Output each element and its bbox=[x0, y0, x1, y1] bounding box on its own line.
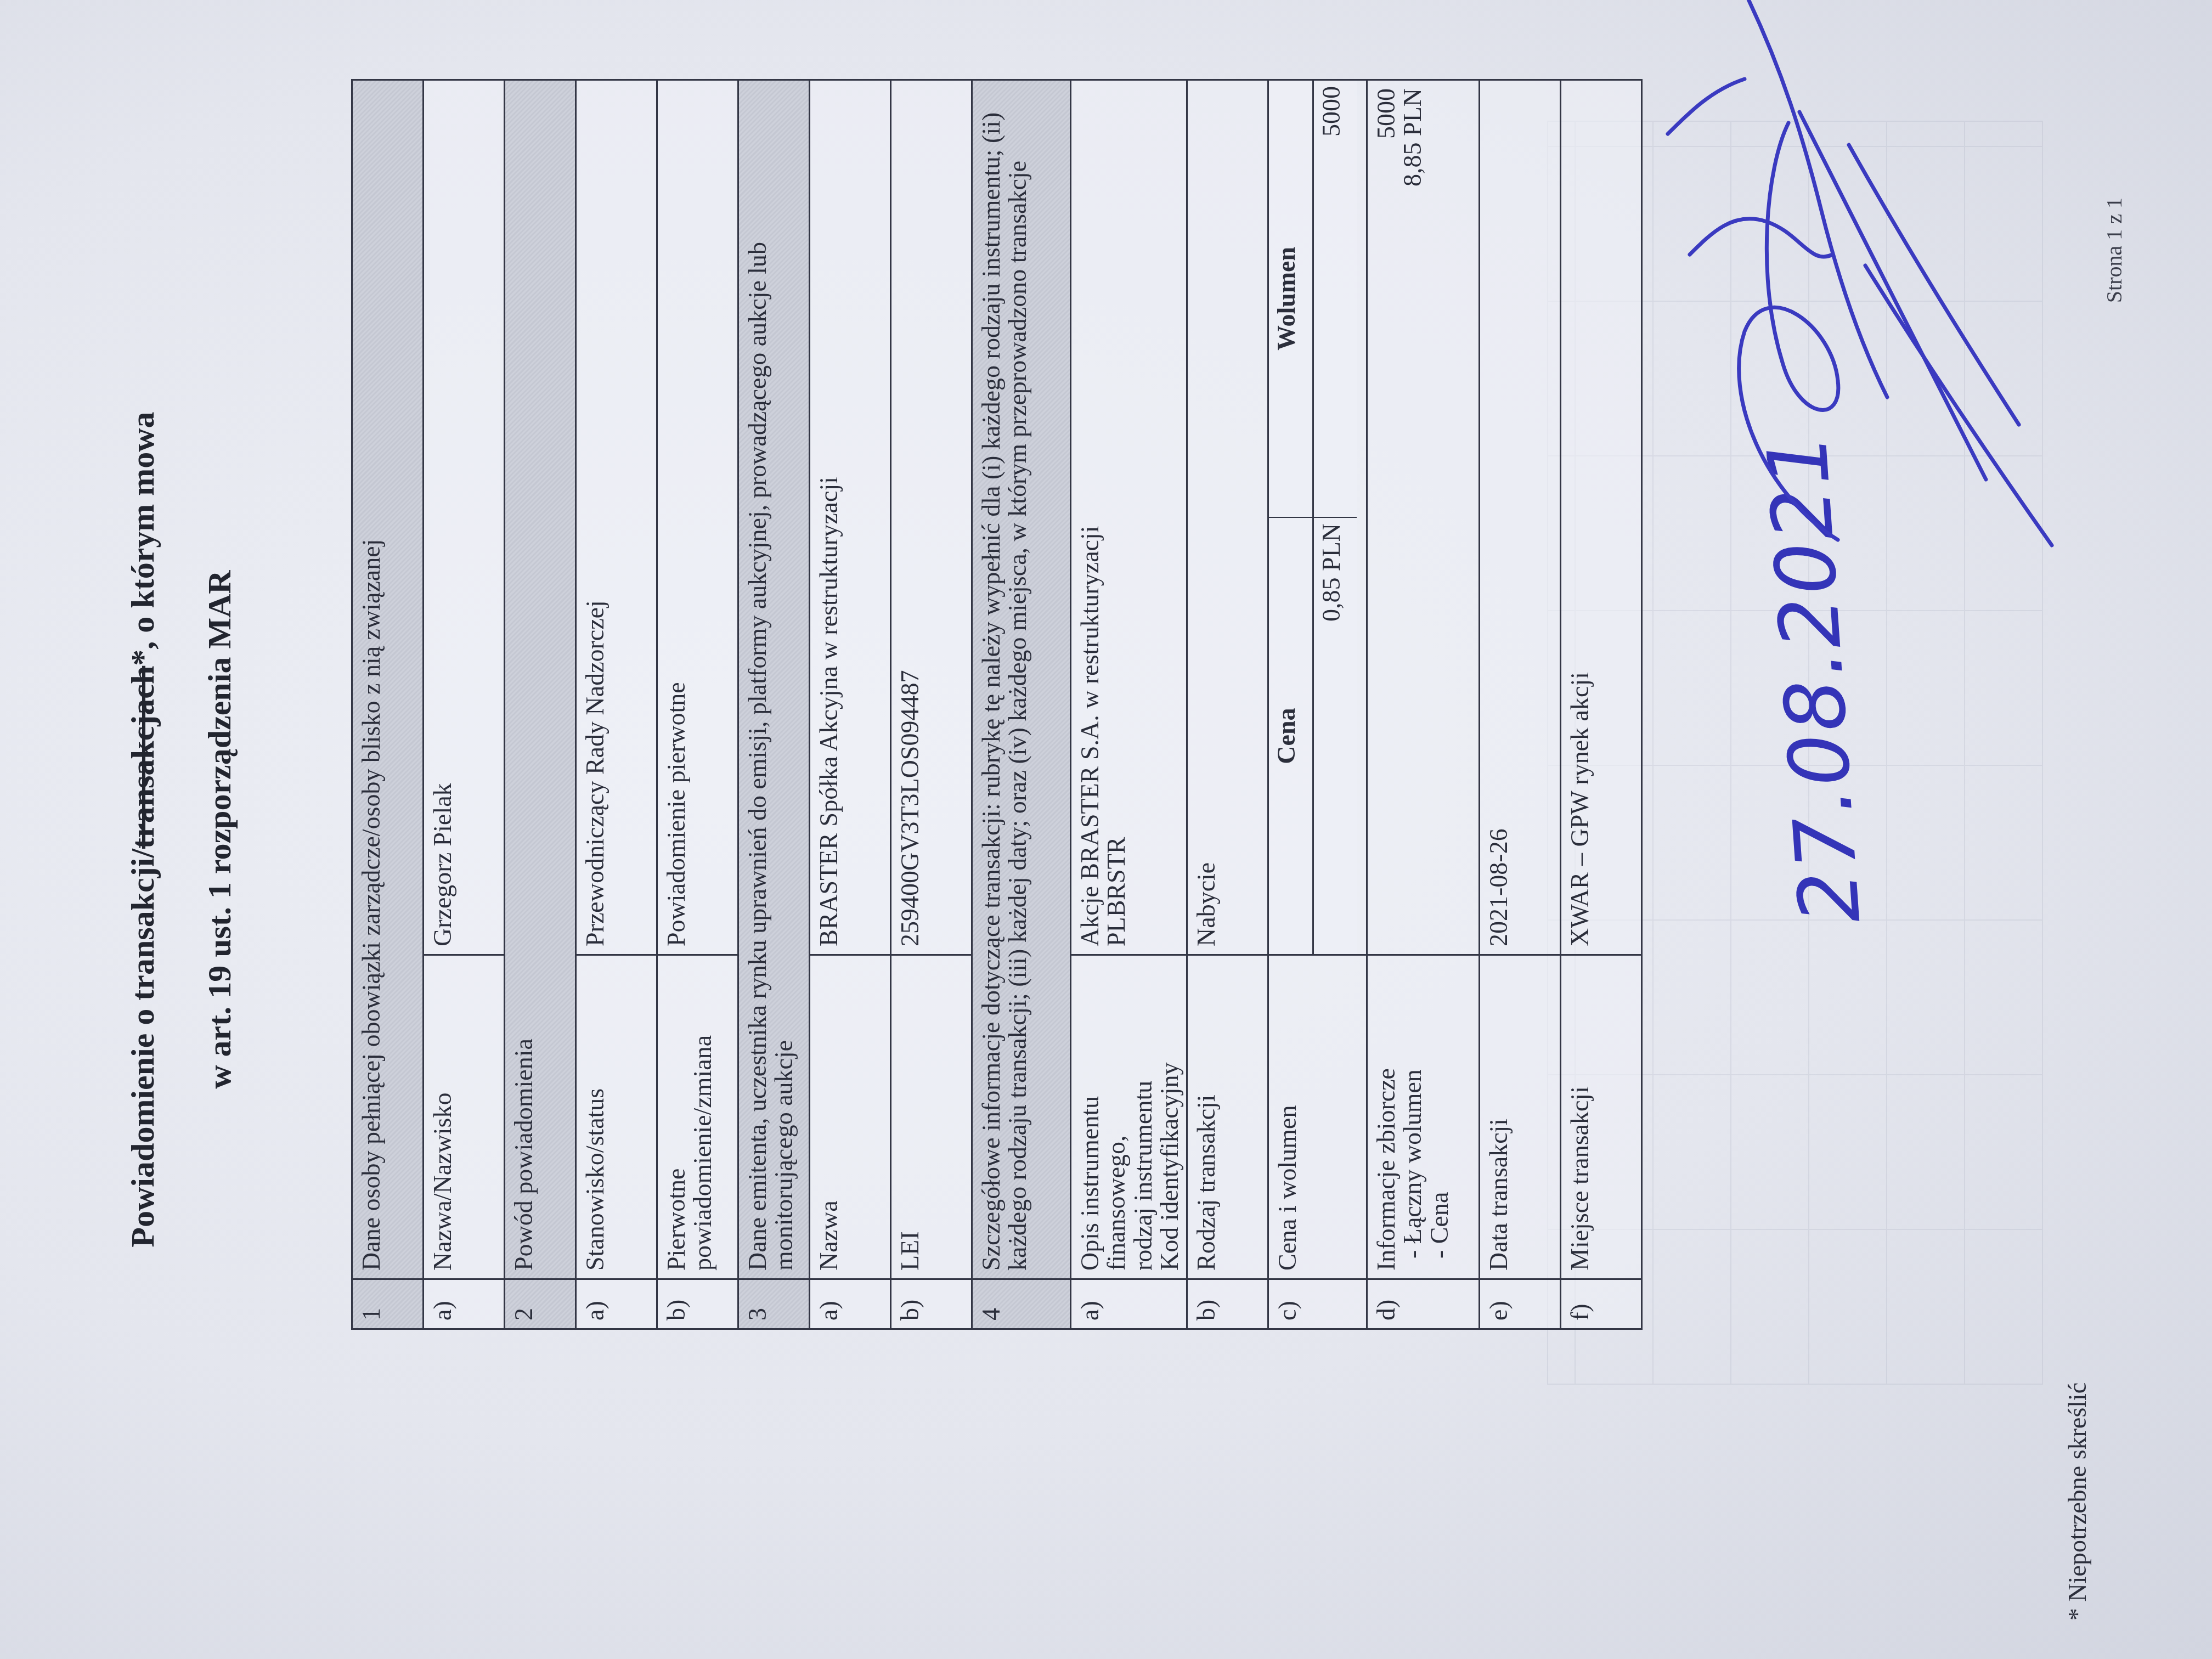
field-label: Nazwa bbox=[810, 955, 891, 1279]
field-label: Miejsce transakcji bbox=[1561, 955, 1642, 1279]
signature-icon bbox=[1602, 0, 2096, 562]
row-letter: a) bbox=[576, 1279, 657, 1329]
row-letter: b) bbox=[891, 1279, 972, 1329]
section-4-header: 4 Szczegółowe informacje dotyczące trans… bbox=[972, 80, 1071, 1329]
notification-form-table: 1 Dane osoby pełniącej obowiązki zarządc… bbox=[351, 79, 1643, 1330]
aggregate-price: 8,85 PLN bbox=[1400, 88, 1426, 946]
row-letter: d) bbox=[1367, 1279, 1480, 1329]
table-row: b) LEI 259400GV3T3LOS094487 bbox=[891, 80, 972, 1329]
row-letter: e) bbox=[1480, 1279, 1561, 1329]
price-value: 0,85 PLN bbox=[1313, 517, 1357, 954]
field-value-notification-type: Powiadomienie pierwotne bbox=[657, 80, 738, 955]
volume-column-header: Wolumen bbox=[1269, 81, 1313, 517]
section-3-header: 3 Dane emitenta, uczestnika rynku uprawn… bbox=[738, 80, 810, 1329]
field-label: Data transakcji bbox=[1480, 955, 1561, 1279]
table-row: b) Pierwotne powiadomienie/zmiana Powiad… bbox=[657, 80, 738, 1329]
field-label: Stanowisko/status bbox=[576, 955, 657, 1279]
field-value-transaction-date: 2021-08-26 bbox=[1480, 80, 1561, 955]
section-title: Szczegółowe informacje dotyczące transak… bbox=[972, 80, 1071, 1279]
instrument-description: Akcje BRASTER S.A. w restrukturyzacji bbox=[1077, 88, 1103, 946]
section-2-header: 2 Powód powiadomienia bbox=[505, 80, 576, 1329]
table-row: a) Stanowisko/status Przewodniczący Rady… bbox=[576, 80, 657, 1329]
section-title: Dane osoby pełniącej obowiązki zarządcze… bbox=[352, 80, 424, 1279]
label-line: - Cena bbox=[1426, 963, 1453, 1271]
volume-value: 5000 bbox=[1313, 81, 1357, 517]
document-page: Powiadomienie o transakcji/transakcjach*… bbox=[0, 0, 2212, 1659]
field-label: LEI bbox=[891, 955, 972, 1279]
field-value-position: Przewodniczący Rady Nadzorczej bbox=[576, 80, 657, 955]
field-value-transaction-type: Nabycie bbox=[1187, 80, 1268, 955]
table-row: e) Data transakcji 2021-08-26 bbox=[1480, 80, 1561, 1329]
aggregate-values: 5000 8,85 PLN bbox=[1367, 80, 1480, 955]
title-prefix: Powiadomienie o bbox=[125, 1001, 161, 1248]
row-letter: a) bbox=[1071, 1279, 1187, 1329]
field-value-name: Grzegorz Pielak bbox=[424, 80, 505, 955]
label-line: - Łączny wolumen bbox=[1400, 963, 1426, 1271]
table-row: d) Informacje zbiorcze - Łączny wolumen … bbox=[1367, 80, 1480, 1329]
price-volume-grid: Cena Wolumen 0,85 PLN 5000 bbox=[1269, 81, 1357, 954]
title-kept: transakcji/ bbox=[125, 849, 161, 1001]
table-row: b) Rodzaj transakcji Nabycie bbox=[1187, 80, 1268, 1329]
table-row: a) Opis instrumentu finansowego, rodzaj … bbox=[1071, 80, 1187, 1329]
row-letter: a) bbox=[810, 1279, 891, 1329]
label-line: Informacje zbiorcze bbox=[1373, 963, 1400, 1271]
field-label: Cena i wolumen bbox=[1268, 955, 1367, 1279]
label-line: Kod identyfikacyjny bbox=[1156, 963, 1183, 1271]
instrument-code: PLBRSTR bbox=[1103, 88, 1130, 946]
section-number: 2 bbox=[505, 1279, 576, 1329]
section-title: Powód powiadomienia bbox=[505, 80, 576, 1279]
field-value-issuer-name: BRASTER Spółka Akcyjna w restrukturyzacj… bbox=[810, 80, 891, 955]
section-1-header: 1 Dane osoby pełniącej obowiązki zarządc… bbox=[352, 80, 424, 1329]
row-letter: a) bbox=[424, 1279, 505, 1329]
field-value-lei: 259400GV3T3LOS094487 bbox=[891, 80, 972, 955]
price-volume-cell: Cena Wolumen 0,85 PLN 5000 bbox=[1268, 80, 1367, 955]
label-line: rodzaj instrumentu bbox=[1130, 963, 1156, 1271]
table-row: a) Nazwa BRASTER Spółka Akcyjna w restru… bbox=[810, 80, 891, 1329]
title-struck-word: transakcjach bbox=[125, 666, 161, 849]
field-label: Informacje zbiorcze - Łączny wolumen - C… bbox=[1367, 955, 1480, 1279]
section-number: 4 bbox=[972, 1279, 1071, 1329]
table-row: c) Cena i wolumen Cena Wolumen 0,85 PLN … bbox=[1268, 80, 1367, 1329]
row-letter: c) bbox=[1268, 1279, 1367, 1329]
field-label: Pierwotne powiadomienie/zmiana bbox=[657, 955, 738, 1279]
section-title: Dane emitenta, uczestnika rynku uprawnie… bbox=[738, 80, 810, 1279]
page-number: Strona 1 z 1 bbox=[2101, 198, 2127, 303]
section-number: 3 bbox=[738, 1279, 810, 1329]
table-row: a) Nazwa/Nazwisko Grzegorz Pielak bbox=[424, 80, 505, 1329]
footnote: * Niepotrzebne skreślić bbox=[2063, 1383, 2092, 1621]
row-letter: b) bbox=[657, 1279, 738, 1329]
field-label: Nazwa/Nazwisko bbox=[424, 955, 505, 1279]
field-label: Opis instrumentu finansowego, rodzaj ins… bbox=[1071, 955, 1187, 1279]
field-value-instrument: Akcje BRASTER S.A. w restrukturyzacji PL… bbox=[1071, 80, 1187, 955]
row-letter: b) bbox=[1187, 1279, 1268, 1329]
row-letter: f) bbox=[1561, 1279, 1642, 1329]
field-label: Rodzaj transakcji bbox=[1187, 955, 1268, 1279]
document-subtitle: w art. 19 ust. 1 rozporządzenia MAR bbox=[203, 0, 236, 1659]
label-line: Opis instrumentu finansowego, bbox=[1077, 963, 1130, 1271]
section-number: 1 bbox=[352, 1279, 424, 1329]
title-suffix: *, o którym mowa bbox=[125, 411, 161, 665]
aggregate-volume: 5000 bbox=[1373, 88, 1400, 946]
price-column-header: Cena bbox=[1269, 517, 1313, 954]
